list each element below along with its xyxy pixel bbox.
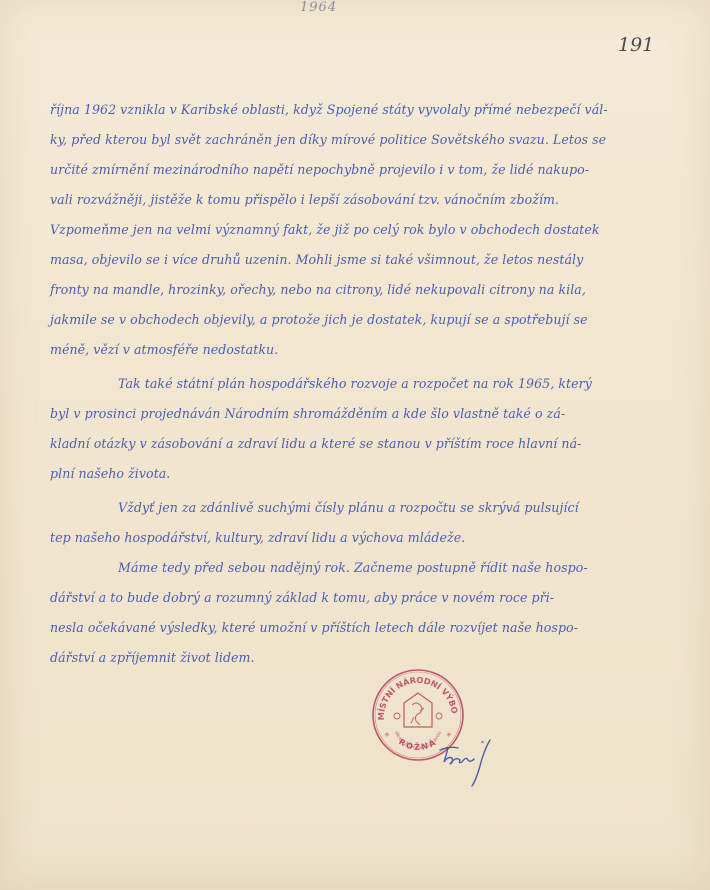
svg-text:✳: ✳ bbox=[384, 731, 390, 739]
text-line: fronty na mandle, hrozinky, ořechy, nebo… bbox=[50, 275, 610, 305]
paragraph: Máme tedy před sebou nadějný rok. Začnem… bbox=[50, 553, 610, 673]
text-line: nesla očekávané výsledky, které umožní v… bbox=[50, 613, 610, 643]
text-line: Vzpomeňme jen na velmi významný fakt, že… bbox=[50, 215, 610, 245]
signature-scribble-icon bbox=[438, 728, 528, 788]
text-line: kladní otázky v zásobování a zdraví lidu… bbox=[50, 429, 610, 459]
svg-text:ROŽNÁ: ROŽNÁ bbox=[397, 736, 439, 752]
text-line: jakmile se v obchodech objevily, a proto… bbox=[50, 305, 610, 335]
text-line: Máme tedy před sebou nadějný rok. Začnem… bbox=[50, 553, 610, 583]
text-line: méně, vězí v atmosféře nedostatku. bbox=[50, 335, 610, 365]
paragraph: Tak také státní plán hospodářského rozvo… bbox=[50, 369, 610, 489]
text-line: vali rozvážněji, jistěže k tomu přispělo… bbox=[50, 185, 610, 215]
handwritten-body: října 1962 vznikla v Karibské oblasti, k… bbox=[50, 95, 610, 673]
year-annotation: 1964 bbox=[300, 0, 337, 15]
paragraph: října 1962 vznikla v Karibské oblasti, k… bbox=[50, 95, 610, 365]
signature bbox=[438, 728, 528, 788]
text-line: byl v prosinci projednáván Národním shro… bbox=[50, 399, 610, 429]
text-line: října 1962 vznikla v Karibské oblasti, k… bbox=[50, 95, 610, 125]
text-line: dářství a zpříjemnit život lidem. bbox=[50, 643, 610, 673]
text-line: masa, objevilo se i více druhů uzenin. M… bbox=[50, 245, 610, 275]
svg-text:MÍSTNÍ NÁRODNÍ VÝBOR: MÍSTNÍ NÁRODNÍ VÝBOR bbox=[370, 667, 460, 720]
chronicle-page: 1964 191 října 1962 vznikla v Karibské o… bbox=[0, 0, 710, 890]
text-line: ky, před kterou byl svět zachráněn jen d… bbox=[50, 125, 610, 155]
page-number: 191 bbox=[618, 34, 654, 56]
paragraph: Vždyť jen za zdánlivě suchými čísly plán… bbox=[50, 493, 610, 553]
text-line: Vždyť jen za zdánlivě suchými čísly plán… bbox=[50, 493, 610, 523]
text-line: Tak také státní plán hospodářského rozvo… bbox=[50, 369, 610, 399]
text-line: dářství a to bude dobrý a rozumný základ… bbox=[50, 583, 610, 613]
text-line: určité zmírnění mezinárodního napětí nep… bbox=[50, 155, 610, 185]
text-line: tep našeho hospodářství, kultury, zdraví… bbox=[50, 523, 610, 553]
text-line: plní našeho života. bbox=[50, 459, 610, 489]
